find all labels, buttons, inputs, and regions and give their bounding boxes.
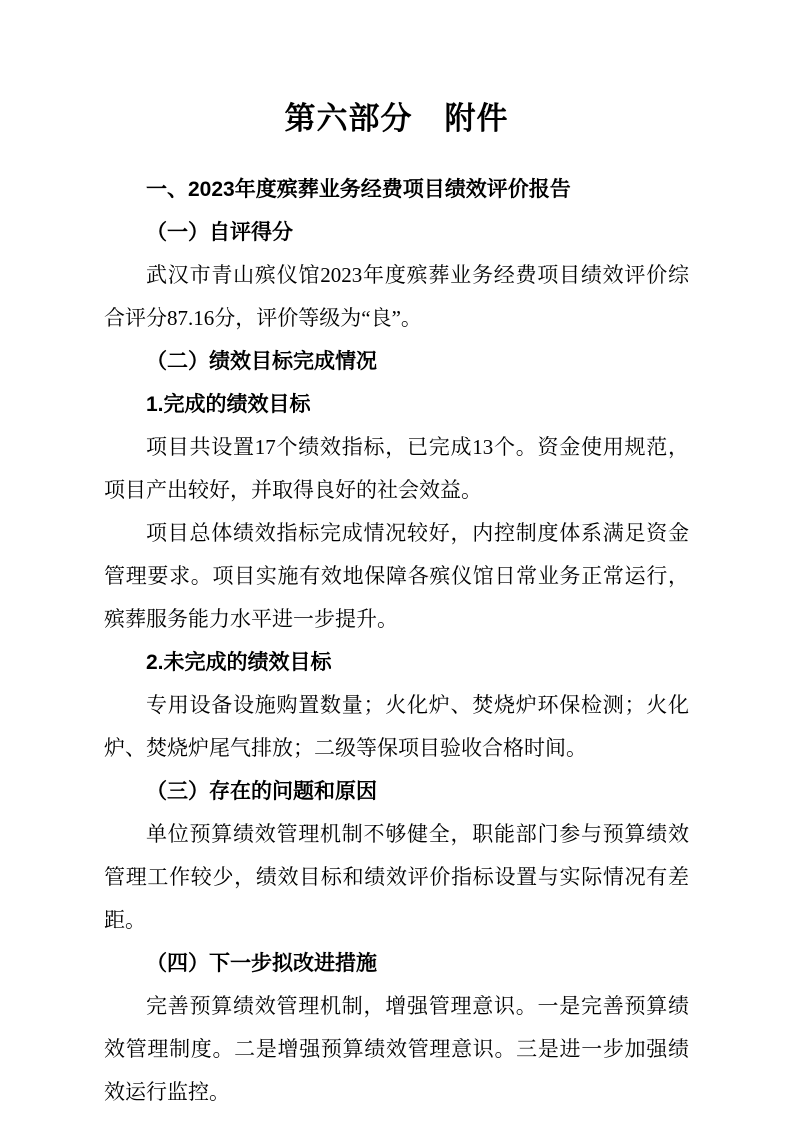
section-heading-report: 一、2023年度殡葬业务经费项目绩效评价报告 — [104, 168, 689, 211]
document-page: 第六部分 附件 一、2023年度殡葬业务经费项目绩效评价报告 （一）自评得分 武… — [0, 0, 793, 1123]
subsection-heading-problems: （三）存在的问题和原因 — [104, 770, 689, 813]
subheading-uncompleted-goals: 2.未完成的绩效目标 — [104, 641, 689, 684]
paragraph-self-score: 武汉市青山殡仪馆2023年度殡葬业务经费项目绩效评价综合评分87.16分，评价等… — [104, 254, 689, 340]
paragraph-improvements: 完善预算绩效管理机制，增强管理意识。一是完善预算绩效管理制度。二是增强预算绩效管… — [104, 985, 689, 1114]
paragraph-completed-goals-1: 项目共设置17个绩效指标，已完成13个。资金使用规范，项目产出较好，并取得良好的… — [104, 426, 689, 512]
paragraph-problems: 单位预算绩效管理机制不够健全，职能部门参与预算绩效管理工作较少，绩效目标和绩效评… — [104, 813, 689, 942]
subsection-heading-goal-completion: （二）绩效目标完成情况 — [104, 340, 689, 383]
subheading-completed-goals: 1.完成的绩效目标 — [104, 383, 689, 426]
document-title: 第六部分 附件 — [104, 96, 689, 142]
subsection-heading-self-score: （一）自评得分 — [104, 211, 689, 254]
subsection-heading-improvements: （四）下一步拟改进措施 — [104, 942, 689, 985]
paragraph-uncompleted-goals: 专用设备设施购置数量；火化炉、焚烧炉环保检测；火化炉、焚烧炉尾气排放；二级等保项… — [104, 684, 689, 770]
paragraph-completed-goals-2: 项目总体绩效指标完成情况较好，内控制度体系满足资金管理要求。项目实施有效地保障各… — [104, 512, 689, 641]
